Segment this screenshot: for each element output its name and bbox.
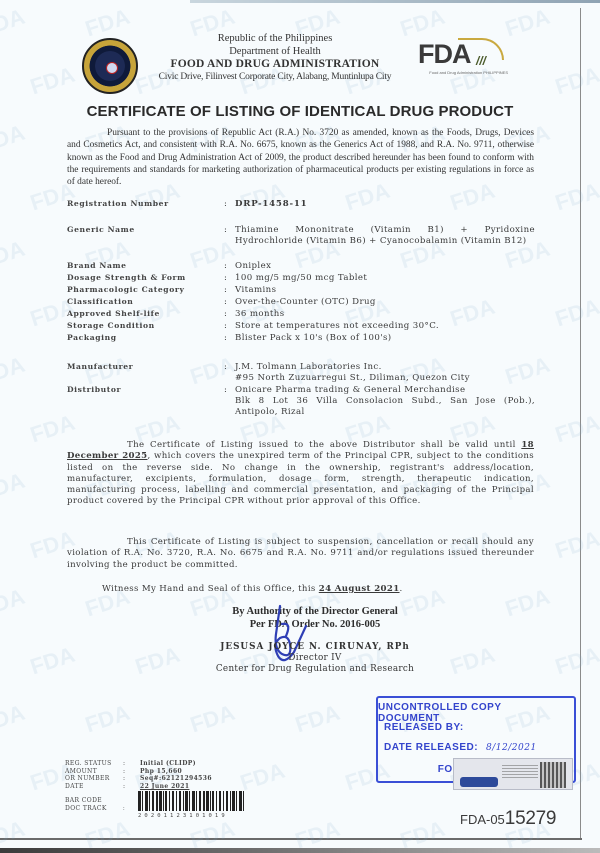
watermark-text: FDA	[0, 120, 28, 159]
manufacturer-address: #95 North Zuzuarregui St., Diliman, Quez…	[235, 373, 535, 384]
doc-number-value: 15279	[505, 808, 556, 829]
qr-code-icon	[540, 762, 566, 788]
watermark-text: FDA	[0, 468, 28, 507]
signatory-block: JESUSA JOYCE N. CIRUNAY, RPh Director IV…	[150, 642, 480, 675]
agency-name: FOOD AND DRUG ADMINISTRATION	[150, 58, 400, 71]
stamp-line-uncontrolled: UNCONTROLLED COPY DOCUMENT	[378, 702, 562, 724]
signatory-name: JESUSA JOYCE N. CIRUNAY, RPh	[150, 642, 480, 653]
colon: :	[224, 225, 227, 235]
storage-value: Store at temperatures not exceeding 30°C…	[235, 321, 535, 332]
validity-paragraph: The Certificate of Listing issued to the…	[67, 440, 534, 508]
field-label: Distributor	[67, 385, 217, 394]
witness-line: Witness My Hand and Seal of this Office,…	[67, 584, 534, 595]
watermark-text: FDA	[0, 236, 28, 275]
meta-value: Initial (CLIDP)	[140, 760, 196, 768]
watermark-text: FDA	[27, 642, 78, 681]
page-right-border	[580, 8, 581, 840]
manufacturer-value: J.M. Tolmann Laboratories Inc. #95 North…	[235, 362, 535, 384]
field-label: Storage Condition	[67, 321, 217, 330]
watermark-text: FDA	[552, 294, 600, 333]
colon: :	[224, 273, 227, 283]
watermark-text: FDA	[187, 700, 238, 739]
meta-value: Seq#:62121294536	[140, 775, 212, 783]
meta-key: OR NUMBER	[65, 775, 110, 783]
watermark-text: FDA	[552, 410, 600, 449]
colon: :	[224, 385, 227, 395]
meta-row: AMOUNT:Php 15,660	[65, 768, 265, 776]
stamp-line-date-released: DATE RELEASED:8/12/2021	[384, 742, 537, 753]
colon: :	[224, 261, 227, 271]
generic-name-value: Thiamine Mononitrate (Vitamin B1) + Pyri…	[235, 225, 535, 247]
letterhead-text: Republic of the Philippines Department o…	[150, 32, 400, 84]
barcode-label: BAR CODE	[65, 797, 107, 805]
fda-logo: FDA /// Food and Drug Administration PHI…	[418, 40, 498, 76]
certificate-title: CERTIFICATE OF LISTING OF IDENTICAL DRUG…	[0, 103, 600, 120]
witness-date: 24 August 2021	[319, 584, 400, 594]
watermark-text: FDA	[0, 700, 28, 739]
stamp-line-released-by: RELEASED BY:	[384, 722, 464, 733]
signatory-office: Center for Drug Regulation and Research	[150, 664, 480, 675]
watermark-text: FDA	[0, 584, 28, 623]
meta-row: REG. STATUS:Initial (CLIDP)	[65, 760, 265, 768]
page-bottom-border	[0, 838, 582, 840]
payment-metadata: REG. STATUS:Initial (CLIDP)AMOUNT:Php 15…	[65, 760, 265, 790]
colon: :	[123, 783, 125, 791]
date-released-value: 8/12/2021	[486, 743, 537, 753]
suspension-paragraph: This Certificate of Listing is subject t…	[67, 537, 534, 571]
distributor-value: Onicare Pharma trading & General Merchan…	[235, 385, 535, 419]
preamble-paragraph: Pursuant to the provisions of Republic A…	[67, 127, 534, 188]
meta-row: OR NUMBER:Seq#:62121294536	[65, 775, 265, 783]
distributor-name: Onicare Pharma trading & General Merchan…	[235, 385, 535, 396]
watermark-text: FDA	[552, 526, 600, 565]
meta-row: DATE:22 June 2021	[65, 783, 265, 791]
meta-key: DATE	[65, 783, 84, 791]
doc-number-prefix: FDA-05	[460, 812, 505, 827]
colon: :	[224, 321, 227, 331]
watermark-text: FDA	[552, 178, 600, 217]
field-label: Manufacturer	[67, 362, 217, 371]
colon: :	[224, 297, 227, 307]
colon: :	[123, 806, 125, 812]
fda-order-line: Per FDA Order No. 2016-005	[150, 619, 480, 632]
distributor-address: Blk 8 Lot 36 Villa Consolacion Subd., Sa…	[235, 396, 535, 418]
doc-track-label: DOC TRACK	[65, 805, 107, 813]
fda-logo-subtitle: Food and Drug Administration PHILIPPINES	[418, 70, 508, 75]
barcode-digits: 20201123101019	[138, 813, 248, 819]
authority-line: By Authority of the Director General	[150, 606, 480, 619]
field-label: Generic Name	[67, 225, 217, 234]
watermark-text: FDA	[552, 642, 600, 681]
signatory-position: Director IV	[150, 653, 480, 664]
packaging-value: Blister Pack x 10's (Box of 100's)	[235, 333, 535, 344]
field-label: Approved Shelf-life	[67, 309, 217, 318]
security-sticker	[453, 758, 573, 790]
brand-name-value: Oniplex	[235, 261, 535, 272]
pharmacologic-category-value: Vitamins	[235, 285, 535, 296]
meta-key: REG. STATUS	[65, 760, 112, 768]
republic-line: Republic of the Philippines	[150, 32, 400, 45]
agency-address: Civic Drive, Filinvest Corporate City, A…	[150, 71, 400, 84]
validity-text-before: The Certificate of Listing issued to the…	[127, 440, 516, 450]
colon: :	[224, 362, 227, 372]
sticker-badge-icon	[460, 777, 498, 787]
page-top-edge	[190, 0, 600, 3]
field-label: Pharmacologic Category	[67, 285, 217, 294]
watermark-text: FDA	[292, 700, 343, 739]
field-label: Dosage Strength & Form	[67, 273, 217, 282]
document-control-number: FDA-0515279	[460, 808, 556, 830]
watermark-text: FDA	[0, 352, 28, 391]
shelf-life-value: 36 months	[235, 309, 535, 320]
colon: :	[224, 199, 227, 209]
meta-key: AMOUNT	[65, 768, 97, 776]
suspension-text: This Certificate of Listing is subject t…	[67, 537, 534, 570]
barcode-icon	[138, 791, 244, 811]
field-label: Classification	[67, 297, 217, 306]
scan-shadow	[0, 848, 600, 853]
registration-number-value: DRP-1458-11	[235, 199, 535, 210]
logo-stripes-icon: ///	[476, 54, 486, 68]
meta-value: Php 15,660	[140, 768, 182, 776]
colon: :	[224, 285, 227, 295]
witness-text: Witness My Hand and Seal of this Office,…	[102, 584, 316, 594]
colon: :	[224, 309, 227, 319]
preamble-text: Pursuant to the provisions of Republic A…	[67, 128, 534, 187]
date-released-label: DATE RELEASED:	[384, 742, 478, 753]
meta-value: 22 June 2021	[140, 783, 189, 791]
classification-value: Over-the-Counter (OTC) Drug	[235, 297, 535, 308]
department-line: Department of Health	[150, 45, 400, 58]
colon: :	[123, 768, 125, 776]
letterhead: Republic of the Philippines Department o…	[0, 32, 600, 102]
dosage-value: 100 mg/5 mg/50 mcg Tablet	[235, 273, 535, 284]
barcode-labels: BAR CODE DOC TRACK	[65, 797, 107, 812]
field-label: Registration Number	[67, 199, 217, 208]
manufacturer-name: J.M. Tolmann Laboratories Inc.	[235, 362, 535, 373]
sticker-fine-print	[502, 765, 538, 779]
field-label: Brand Name	[67, 261, 217, 270]
colon: :	[123, 760, 125, 768]
doh-seal-icon	[82, 38, 138, 94]
watermark-text: FDA	[82, 700, 133, 739]
authority-block: By Authority of the Director General Per…	[150, 606, 480, 631]
colon: :	[224, 333, 227, 343]
field-label: Packaging	[67, 333, 217, 342]
colon: :	[123, 775, 125, 783]
witness-period: .	[400, 584, 403, 594]
